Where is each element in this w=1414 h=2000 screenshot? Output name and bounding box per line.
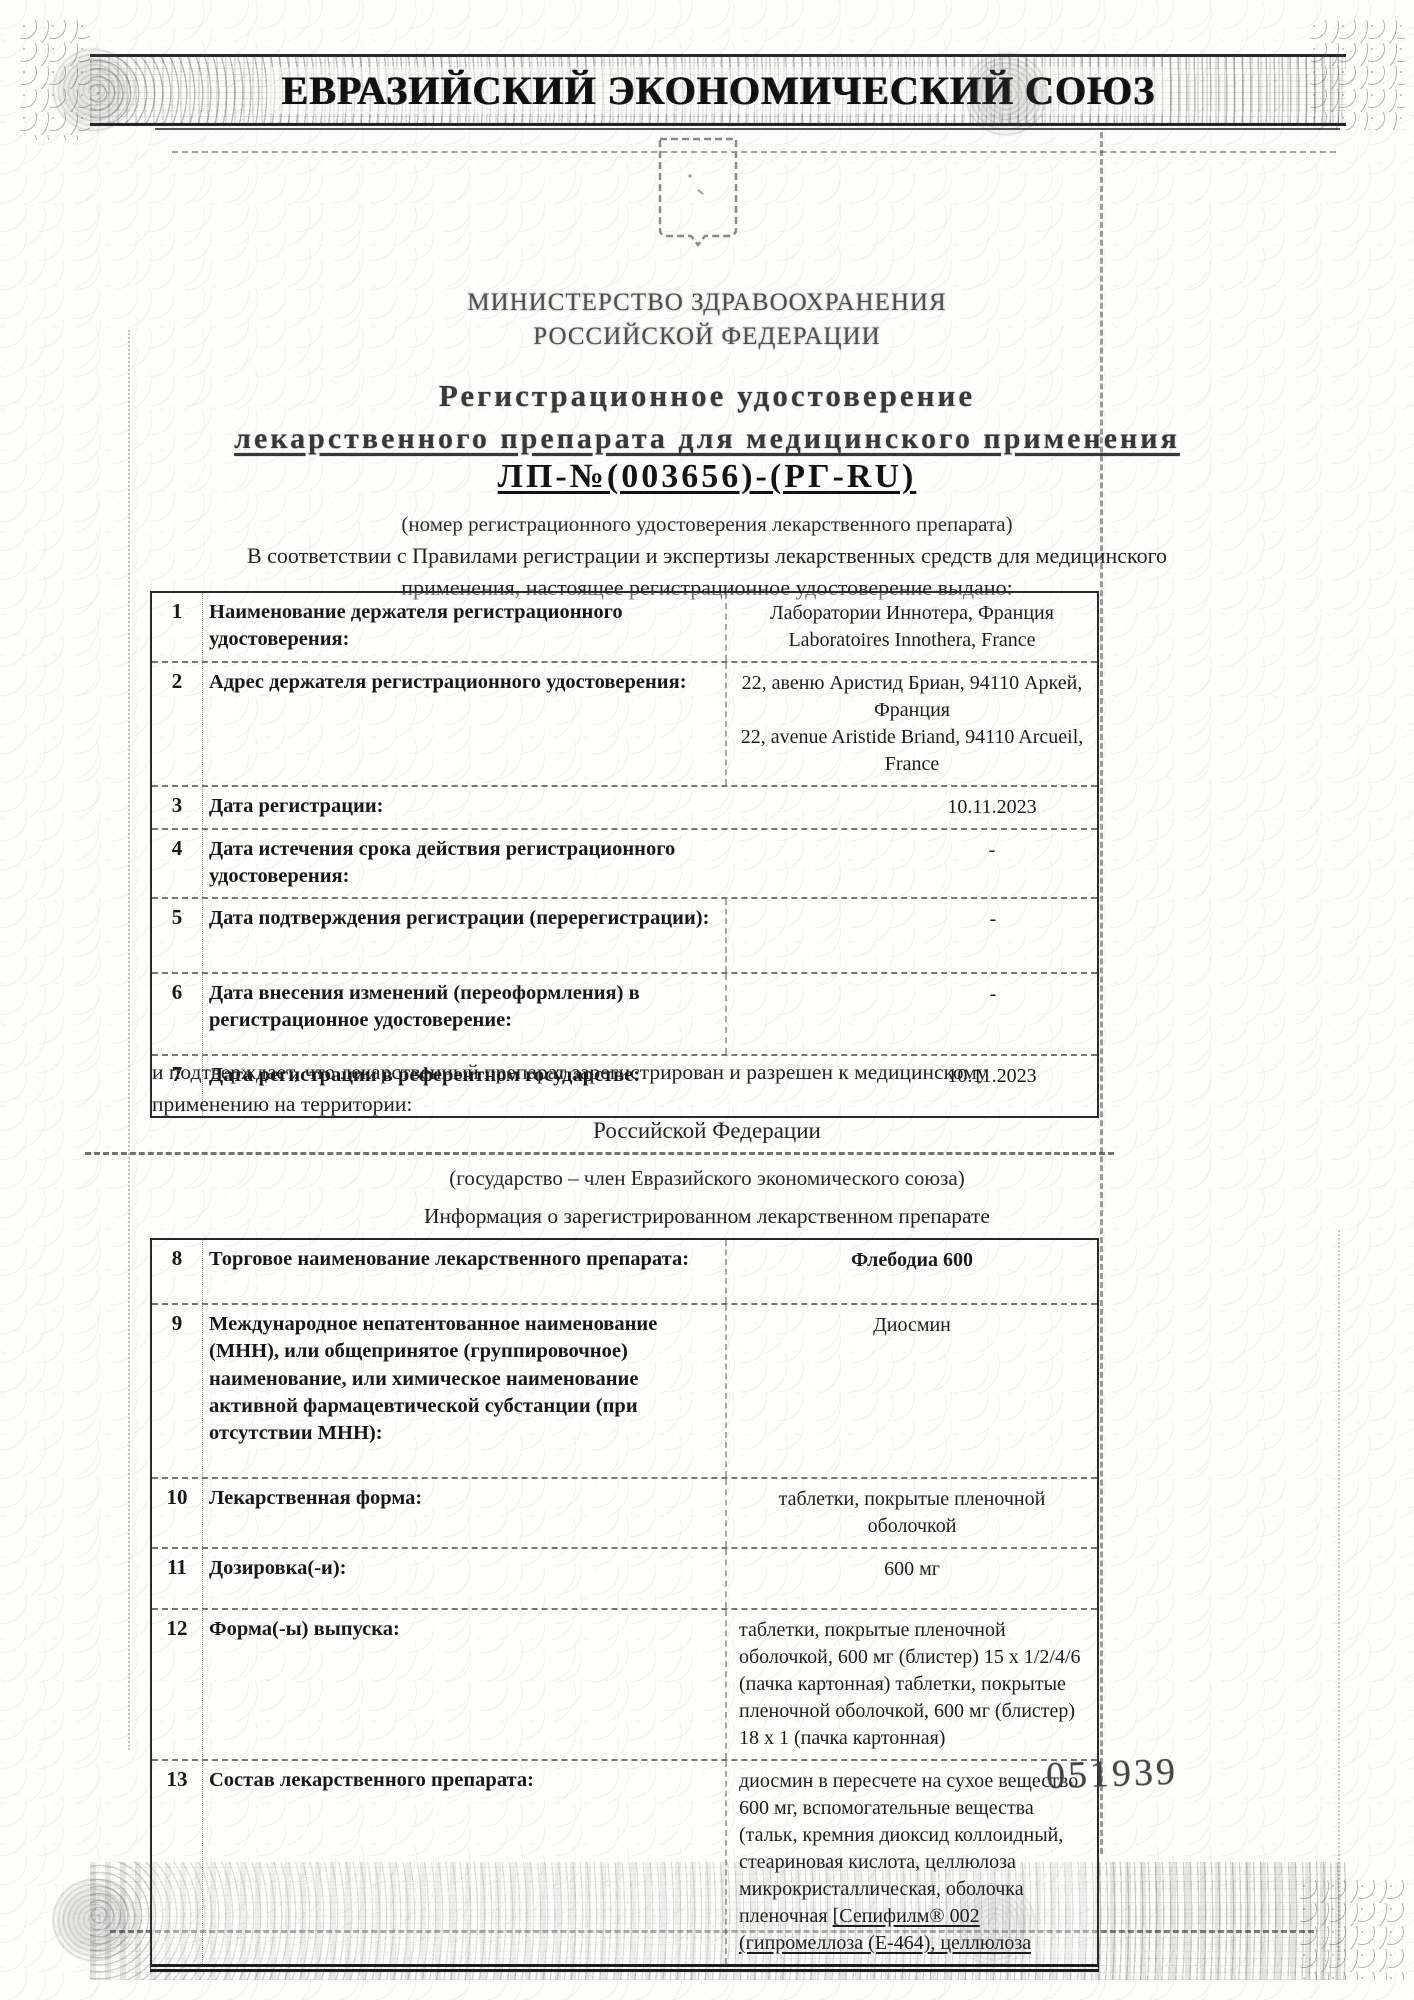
registration-number-caption: (номер регистрационного удостоверения ле…	[0, 512, 1414, 537]
ministry-name: МИНИСТЕРСТВО ЗДРАВООХРАНЕНИЯ РОССИЙСКОЙ …	[0, 286, 1414, 354]
row-value: Лаборатории Иннотера, Франция Laboratoir…	[725, 593, 1097, 661]
registration-number: ЛП-№(003656)-(РГ-RU)	[0, 458, 1414, 496]
composition-value: диосмин в пересчете на сухое вещество 60…	[725, 1761, 1097, 1964]
row-value: 10.11.2023	[725, 787, 1097, 828]
row-label: Дата внесения изменений (переоформления)…	[202, 974, 725, 1054]
row-number: 5	[152, 899, 202, 972]
table-row: 10 Лекарственная форма: таблетки, покрыт…	[152, 1477, 1097, 1547]
row-value: -	[725, 899, 1097, 972]
row-label: Дозировка(-и):	[202, 1549, 725, 1608]
row-number: 9	[152, 1305, 202, 1477]
row-label: Торговое наименование лекарственного пре…	[202, 1240, 725, 1303]
row-number: 4	[152, 830, 202, 897]
trade-name-value: Флебодиа 600	[725, 1240, 1097, 1303]
table-row: 1 Наименование держателя регистрационног…	[152, 593, 1097, 661]
row-value: 22, авеню Аристид Бриан, 94110 Аркей, Фр…	[725, 663, 1097, 785]
row-label: Дата истечения срока действия регистраци…	[202, 830, 725, 897]
table-row: 5 Дата подтверждения регистрации (перере…	[152, 897, 1097, 972]
header-dashed-rule	[172, 151, 1336, 153]
row-label: Форма(-ы) выпуска:	[202, 1610, 725, 1759]
ministry-line1: МИНИСТЕРСТВО ЗДРАВООХРАНЕНИЯ	[0, 286, 1414, 320]
row-label: Адрес держателя регистрационного удостов…	[202, 663, 725, 785]
corner-specks-top-left	[20, 20, 90, 140]
row-label: Наименование держателя регистрационного …	[202, 593, 725, 661]
serial-number-stamp: 051939	[1045, 1750, 1178, 1799]
composition-text: диосмин в пересчете на сухое вещество 60…	[739, 1770, 1078, 1927]
doc-title-line2: лекарственного препарата для медицинског…	[0, 422, 1414, 456]
table-row: 11 Дозировка(-и): 600 мг	[152, 1547, 1097, 1608]
header-rule	[155, 128, 1340, 130]
coat-of-arms-icon	[652, 134, 744, 253]
registration-certificate-page: ЕВРАЗИЙСКИЙ ЭКОНОМИЧЕСКИЙ СОЮЗ МИНИСТЕРС…	[0, 0, 1414, 2000]
table-row: 9 Международное непатентованное наименов…	[152, 1303, 1097, 1477]
holder-address-ru: 22, авеню Аристид Бриан, 94110 Аркей, Фр…	[735, 670, 1089, 724]
holder-name-ru: Лаборатории Иннотера, Франция	[735, 600, 1089, 627]
table-row: 2 Адрес держателя регистрационного удост…	[152, 661, 1097, 785]
row-label: Состав лекарственного препарата:	[202, 1761, 725, 1964]
table-row: 8 Торговое наименование лекарственного п…	[152, 1240, 1097, 1303]
territory-name: Российской Федерации	[0, 1118, 1414, 1144]
row-number: 1	[152, 593, 202, 661]
table-row: 3 Дата регистрации: 10.11.2023	[152, 785, 1097, 828]
row-number: 13	[152, 1761, 202, 1964]
row-number: 10	[152, 1479, 202, 1547]
row-number: 2	[152, 663, 202, 785]
rosette-top-right	[962, 50, 1050, 138]
strength-value: 600 мг	[725, 1549, 1097, 1608]
far-right-dotted-border	[1338, 1230, 1340, 1960]
guilloche-top-band: ЕВРАЗИЙСКИЙ ЭКОНОМИЧЕСКИЙ СОЮЗ	[90, 54, 1346, 126]
confirmation-paragraph: и подтверждает, что лекарственный препар…	[152, 1056, 1104, 1121]
row-label: Лекарственная форма:	[202, 1479, 725, 1547]
row-number: 12	[152, 1610, 202, 1759]
holder-address-en: 22, avenue Aristide Briand, 94110 Arcuei…	[735, 724, 1089, 778]
registration-details-table: 1 Наименование держателя регистрационног…	[150, 591, 1099, 1118]
row-number: 6	[152, 974, 202, 1054]
row-value: -	[725, 974, 1097, 1054]
document-title-block: Регистрационное удостоверение лекарствен…	[0, 378, 1414, 537]
row-number: 8	[152, 1240, 202, 1303]
table-row: 12 Форма(-ы) выпуска: таблетки, покрытые…	[152, 1608, 1097, 1759]
row-number: 3	[152, 787, 202, 828]
row-value: -	[725, 830, 1097, 897]
doc-title-line1: Регистрационное удостоверение	[0, 378, 1414, 414]
row-label: Дата подтверждения регистрации (перереги…	[202, 899, 725, 972]
corner-specks-top-right	[1310, 20, 1405, 130]
left-dotted-border	[128, 330, 130, 1750]
row-label: Международное непатентованное наименован…	[202, 1305, 725, 1477]
holder-name-en: Laboratoires Innothera, France	[735, 627, 1089, 654]
row-number: 11	[152, 1549, 202, 1608]
row-label: Дата регистрации:	[202, 787, 725, 828]
pack-forms-value: таблетки, покрытые пленочной оболочкой, …	[725, 1610, 1097, 1759]
dosage-form-value: таблетки, покрытые пленочной оболочкой	[725, 1479, 1097, 1547]
inn-value: Диосмин	[725, 1305, 1097, 1477]
territory-dashed-rule	[85, 1152, 1114, 1155]
table-row: 4 Дата истечения срока действия регистра…	[152, 828, 1097, 897]
territory-caption: (государство – член Евразийского экономи…	[0, 1166, 1414, 1191]
table-row: 6 Дата внесения изменений (переоформлени…	[152, 972, 1097, 1054]
info-heading: Информация о зарегистрированном лекарств…	[0, 1204, 1414, 1229]
table-row: 13 Состав лекарственного препарата: диос…	[152, 1759, 1097, 1964]
ministry-line2: РОССИЙСКОЙ ФЕДЕРАЦИИ	[0, 320, 1414, 354]
product-info-table: 8 Торговое наименование лекарственного п…	[150, 1238, 1099, 1972]
